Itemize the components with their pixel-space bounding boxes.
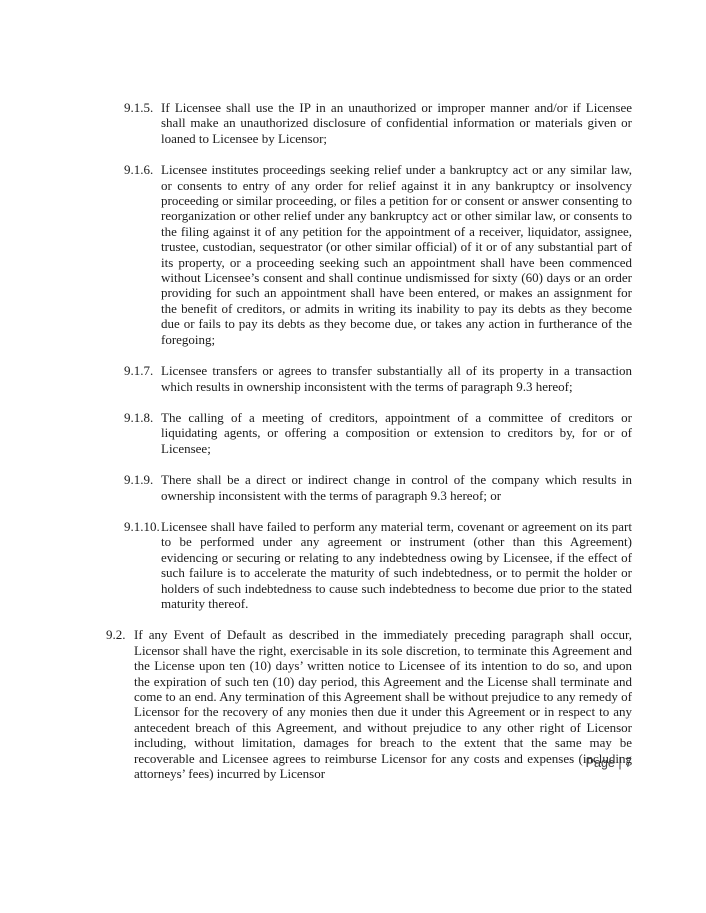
clause-number: 9.1.7. xyxy=(124,363,153,378)
clause-number: 9.1.6. xyxy=(124,162,153,177)
clause-text: If any Event of Default as described in … xyxy=(134,627,632,781)
page-number: Page | 7 xyxy=(586,755,632,771)
clause-number: 9.1.9. xyxy=(124,472,153,487)
clause-9-1-10: 9.1.10. Licensee shall have failed to pe… xyxy=(0,519,706,611)
clause-number: 9.1.5. xyxy=(124,100,153,115)
clause-number: 9.1.8. xyxy=(124,410,153,425)
page-number-label: Page | 7 xyxy=(586,756,632,770)
clause-text: Licensee shall have failed to perform an… xyxy=(161,519,632,611)
clause-text: The calling of a meeting of creditors, a… xyxy=(161,410,632,456)
clause-9-1-6: 9.1.6. Licensee institutes proceedings s… xyxy=(0,162,706,347)
clause-text: Licensee institutes proceedings seeking … xyxy=(161,162,632,347)
clause-number: 9.2. xyxy=(106,627,126,642)
contract-clauses: 9.1.5. If Licensee shall use the IP in a… xyxy=(0,100,706,797)
clause-9-1-5: 9.1.5. If Licensee shall use the IP in a… xyxy=(0,100,706,146)
document-page: 9.1.5. If Licensee shall use the IP in a… xyxy=(0,0,706,913)
clause-9-1-8: 9.1.8. The calling of a meeting of credi… xyxy=(0,410,706,456)
clause-text: Licensee transfers or agrees to transfer… xyxy=(161,363,632,394)
clause-text: If Licensee shall use the IP in an unaut… xyxy=(161,100,632,146)
clause-9-1-7: 9.1.7. Licensee transfers or agrees to t… xyxy=(0,363,706,394)
clause-9-1-9: 9.1.9. There shall be a direct or indire… xyxy=(0,472,706,503)
clause-number: 9.1.10. xyxy=(124,519,160,534)
clause-text: There shall be a direct or indirect chan… xyxy=(161,472,632,503)
